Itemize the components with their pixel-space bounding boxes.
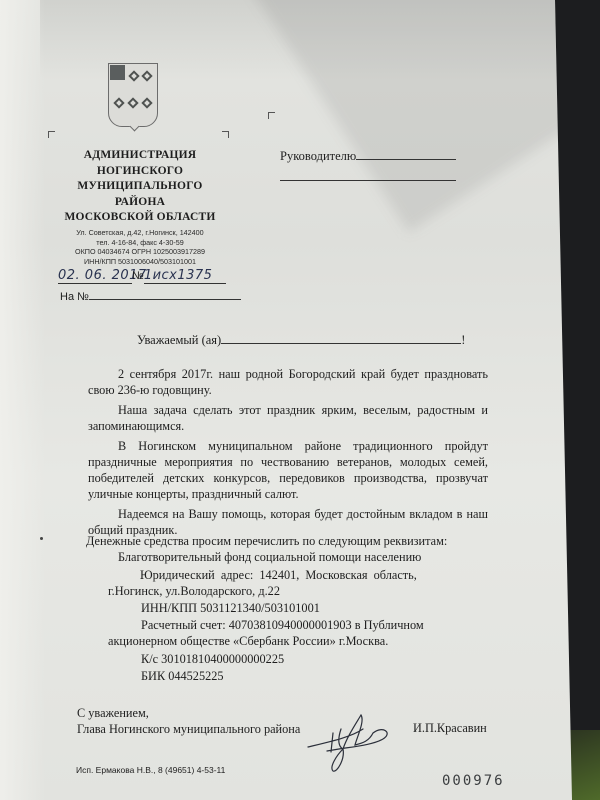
salutation: Уважаемый (ая)! bbox=[137, 331, 465, 348]
requisites-bank: акционерном обществе «Сбербанк России» г… bbox=[108, 633, 388, 649]
requisites-legal-address: Юридический адрес: 142401, Московская об… bbox=[140, 567, 417, 583]
requisites-corr-account: К/с 30101810400000000225 bbox=[141, 651, 284, 667]
reply-to-label: На № bbox=[60, 291, 89, 303]
requisites-account: Расчетный счет: 40703810940000001903 в П… bbox=[141, 617, 424, 633]
stray-mark bbox=[40, 537, 43, 540]
requisites-inn-kpp: ИНН/КПП 5031121340/503101001 bbox=[141, 600, 320, 616]
serial-number: 000976 bbox=[442, 773, 505, 789]
closing-regards: С уважением, bbox=[77, 705, 300, 721]
addressee-blank-line bbox=[280, 180, 456, 181]
reply-to-blank bbox=[89, 288, 241, 300]
outgoing-date: 02. 06. 2017 bbox=[58, 268, 132, 284]
organization-contacts: Ул. Советская, д.42, г.Ногинск, 142400 т… bbox=[48, 228, 232, 266]
light-glare bbox=[0, 0, 45, 800]
salutation-end: ! bbox=[461, 333, 465, 347]
body-paragraph: Наша задача сделать этот праздник ярким,… bbox=[88, 402, 488, 434]
outgoing-number: 1исх1375 bbox=[144, 268, 226, 284]
number-label: № bbox=[132, 270, 144, 282]
addressee-blank bbox=[356, 147, 456, 160]
signature-icon bbox=[303, 707, 403, 787]
crest-canton bbox=[110, 65, 125, 80]
requisites-bik: БИК 044525225 bbox=[141, 668, 224, 684]
body-paragraph: В Ногинском муниципальном районе традици… bbox=[88, 438, 488, 502]
closing: С уважением, Глава Ногинского муниципаль… bbox=[77, 705, 300, 737]
body-paragraph: 2 сентября 2017г. наш родной Богородский… bbox=[88, 366, 488, 398]
letter-body: 2 сентября 2017г. наш родной Богородский… bbox=[88, 366, 488, 542]
address-block-corner-mark bbox=[222, 131, 229, 138]
requisites-legal-address-cont: г.Ногинск, ул.Володарского, д.22 bbox=[108, 583, 280, 599]
salutation-text: Уважаемый (ая) bbox=[137, 333, 221, 347]
signer-name: И.П.Красавин bbox=[413, 721, 487, 736]
outgoing-date-number: 02. 06. 2017№1исх1375 bbox=[58, 268, 226, 284]
executor-contact: Исп. Ермакова Н.В., 8 (49651) 4-53-11 bbox=[76, 765, 225, 775]
requisites-recipient: Благотворительный фонд социальной помощи… bbox=[118, 549, 421, 565]
requisites-intro: Денежные средства просим перечислить по … bbox=[86, 533, 447, 549]
addressee-label: Руководителю bbox=[280, 149, 356, 163]
addressee-corner-mark bbox=[268, 112, 275, 119]
salutation-blank bbox=[221, 331, 461, 344]
address-block-corner-mark bbox=[48, 131, 55, 138]
organization-name: АДМИНИСТРАЦИЯ НОГИНСКОГО МУНИЦИПАЛЬНОГО … bbox=[48, 148, 232, 226]
coat-of-arms-icon bbox=[108, 63, 158, 127]
reply-to-number: На № bbox=[60, 288, 241, 303]
addressee: Руководителю bbox=[280, 147, 456, 164]
letter-paper: АДМИНИСТРАЦИЯ НОГИНСКОГО МУНИЦИПАЛЬНОГО … bbox=[0, 0, 574, 800]
signer-position: Глава Ногинского муниципального района bbox=[77, 721, 300, 737]
